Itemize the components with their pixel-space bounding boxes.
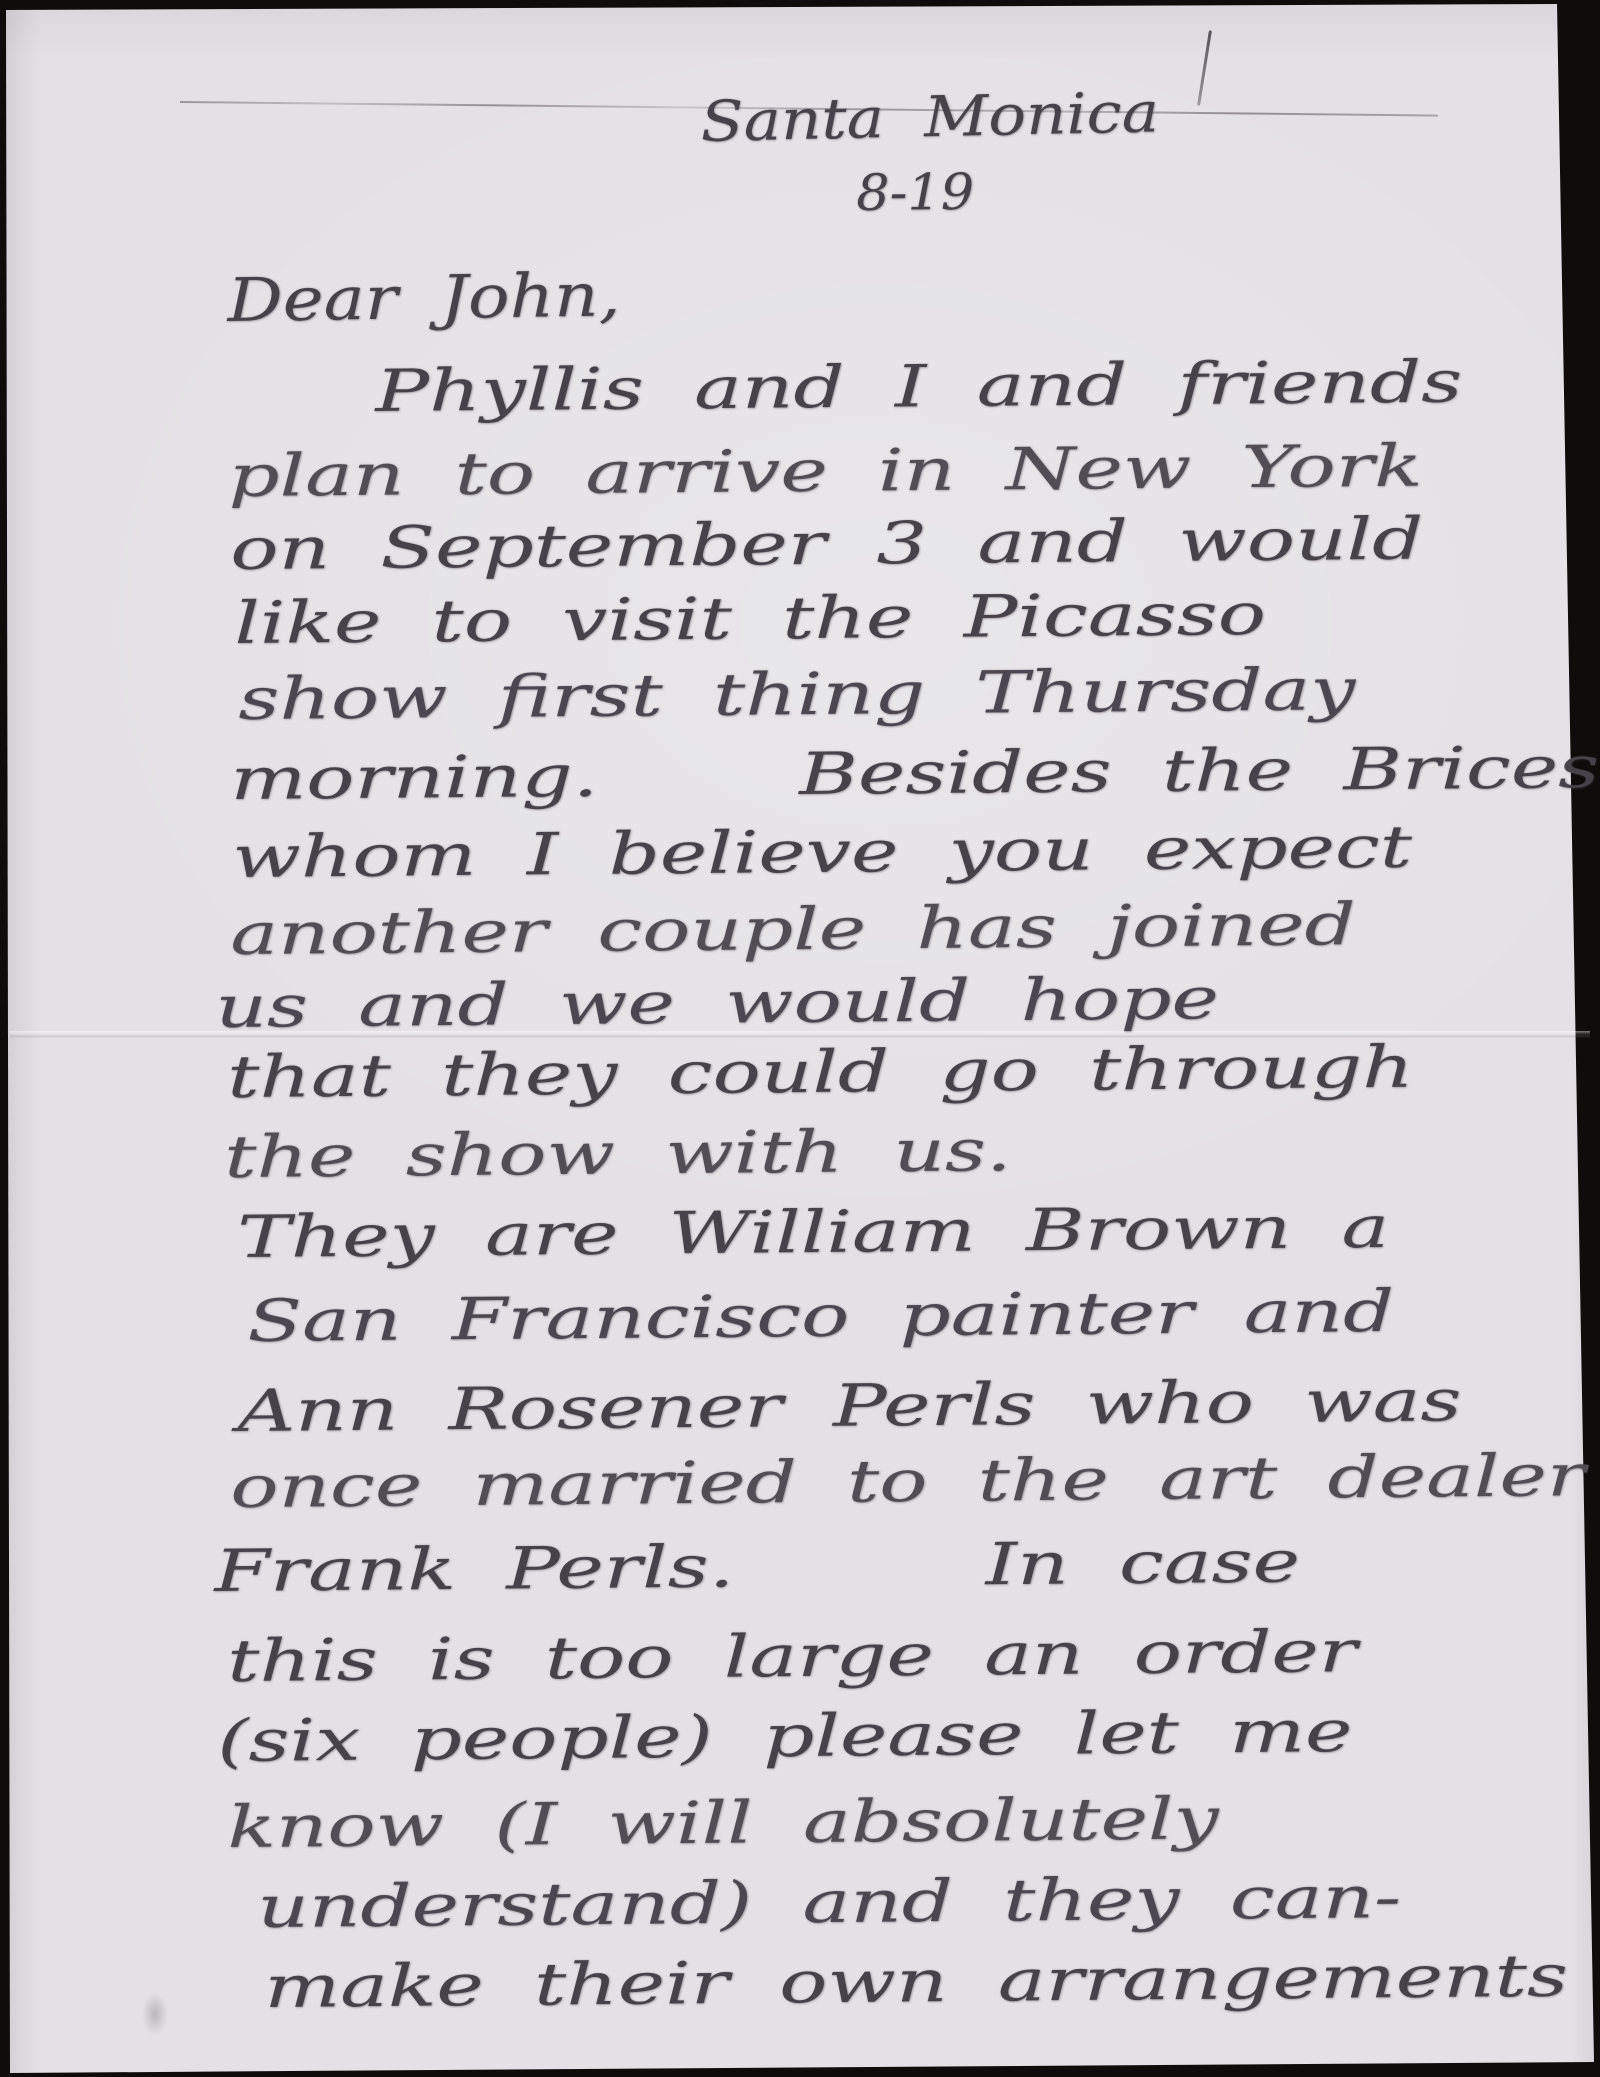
body-line-21: make their own arrangements: [264, 1945, 1568, 2020]
body-line-15: once married to the art dealer: [230, 1444, 1585, 1520]
date-line: 8-19: [856, 165, 974, 221]
body-line-20: understand) and they can-: [257, 1866, 1401, 1940]
body-line-6: morning. Besides the Brices: [230, 736, 1600, 812]
body-line-2: plan to arrive in New York: [228, 435, 1423, 509]
body-line-12: They are William Brown a: [237, 1196, 1389, 1270]
body-line-9: us and we would hope: [215, 967, 1219, 1040]
scanned-letter: Santa Monica 8-19 Dear John, Phyllis and…: [0, 0, 1600, 2077]
body-line-19: know (I will absolutely: [227, 1787, 1219, 1859]
body-line-16: Frank Perls. In case: [214, 1531, 1300, 1604]
body-line-18: (six people) please let me: [217, 1700, 1353, 1774]
body-line-10: that they could go through: [227, 1036, 1414, 1110]
salutation-line: Dear John,: [227, 263, 621, 334]
body-line-3: on September 3 and would: [230, 508, 1424, 582]
body-line-11: the show with us.: [224, 1119, 1012, 1190]
body-line-13: San Francisco painter and: [247, 1280, 1394, 1354]
body-line-4: like to visit the Picasso: [234, 583, 1266, 656]
body-line-7: whom I believe you expect: [232, 816, 1412, 890]
body-line-5: show first thing Thursday: [238, 658, 1356, 732]
ink-smudge: [142, 1992, 168, 2036]
place-line: Santa Monica: [700, 82, 1160, 153]
body-line-14: Ann Rosener Perls who was: [237, 1369, 1462, 1443]
body-line-17: this is too large an order: [227, 1620, 1357, 1694]
body-line-8: another couple has joined: [230, 893, 1356, 967]
body-line-1: Phyllis and I and friends: [375, 351, 1462, 424]
